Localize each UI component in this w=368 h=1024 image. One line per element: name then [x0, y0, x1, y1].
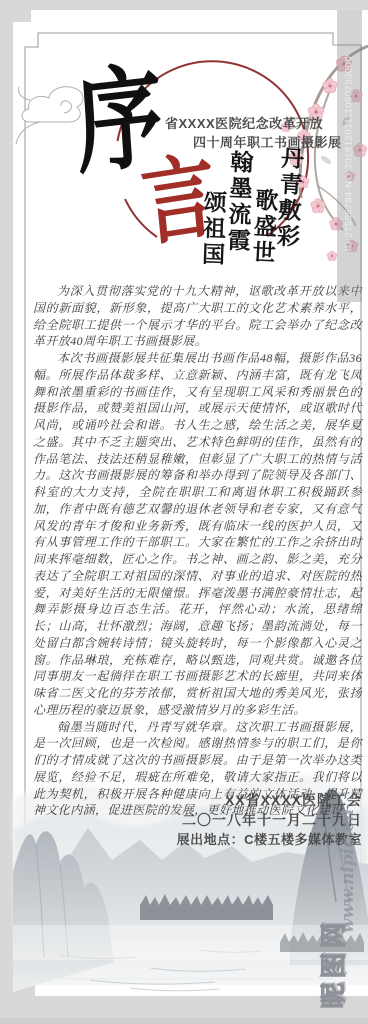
bottom-edge-band — [0, 1018, 368, 1024]
vertical-phrase-2: 歌盛世 — [250, 187, 277, 266]
subtitle-line1: 省XXXX医院纪念改革开放 — [165, 113, 323, 132]
vertical-phrase-3: 翰墨流霞 — [225, 150, 252, 255]
poster-root: 序 言 省XXXX医院纪念改革开放 四十周年职工书画摄影展 丹青敷彩 歌盛世 翰… — [0, 0, 368, 1024]
vertical-phrase-1: 丹青敷彩 — [274, 145, 302, 250]
preface-paragraph-1: 为深入贯彻落实党的十九大精神，讴歌改革开放以来中国的新面貌，新形象，提高广大职工… — [33, 283, 362, 350]
id-watermark-text: ID:27595784-NO:20181201111050793000 — [344, 19, 355, 289]
id-watermark-strip: ID:27595784-NO:20181201111050793000 — [337, 10, 362, 302]
subtitle-line2: 四十周年职工书画摄影展 — [193, 132, 342, 151]
site-watermark-logo: 昵图网 — [314, 909, 351, 1019]
vertical-phrase-4: 颂祖国 — [200, 190, 226, 269]
preface-paragraph-2: 本次书画摄影展共征集展出书画作品48幅，摄影作品36幅。所展作品体裁多样、立意新… — [33, 350, 362, 719]
site-watermark: www.nipic.cn 昵图网 — [318, 790, 368, 1020]
preface-body: 为深入贯彻落实党的十九大精神，讴歌改革开放以来中国的新面貌，新形象，提高广大职工… — [33, 283, 362, 819]
